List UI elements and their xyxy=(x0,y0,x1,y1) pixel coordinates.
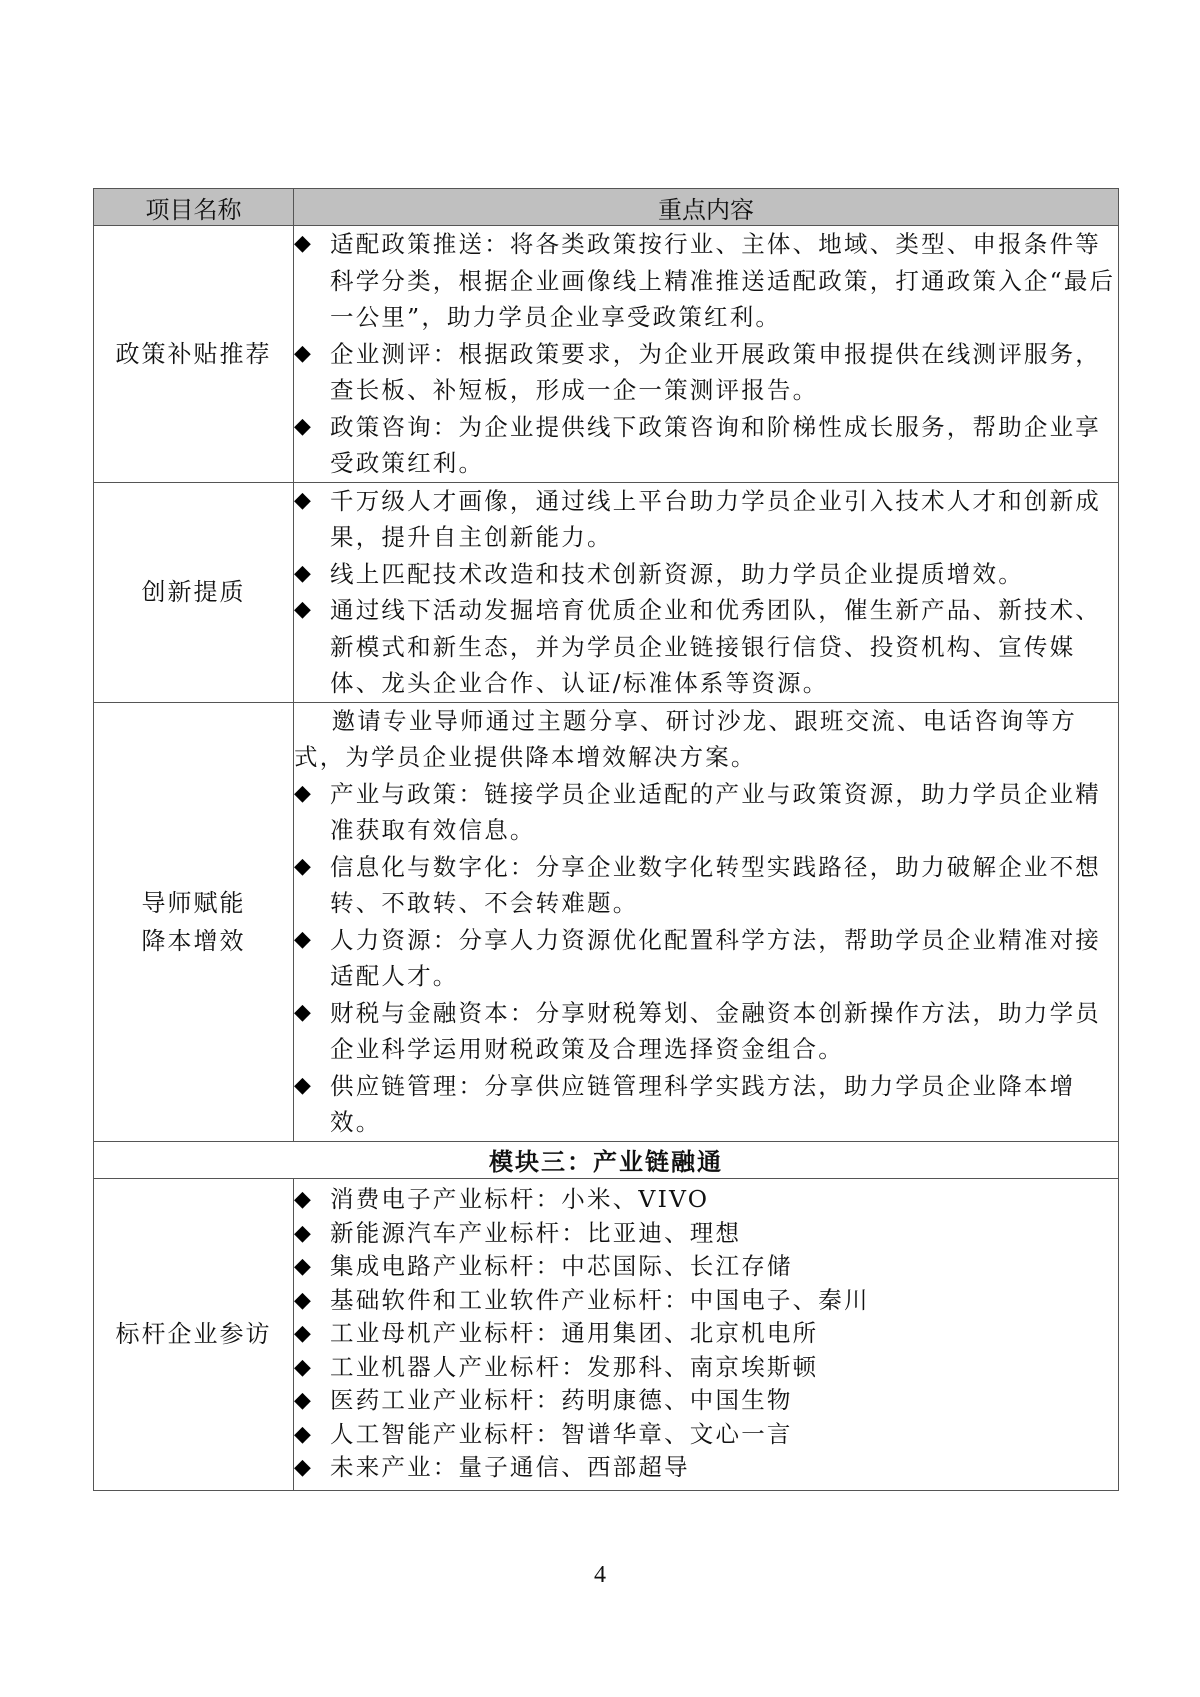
content-cell: ◆ 千万级人才画像，通过线上平台助力学员企业引入技术人才和创新成果，提升自主创新… xyxy=(294,482,1119,702)
diamond-bullet-icon: ◆ xyxy=(294,1317,330,1351)
list-item: ◆ 通过线下活动发掘培育优质企业和优秀团队，催生新产品、新技术、新模式和新生态，… xyxy=(294,592,1118,702)
list-item: ◆医药工业产业标杆：药明康德、中国生物 xyxy=(294,1384,1118,1418)
diamond-bullet-icon: ◆ xyxy=(294,226,330,263)
diamond-bullet-icon: ◆ xyxy=(294,556,330,593)
list-item: ◆ 适配政策推送：将各类政策按行业、主体、地域、类型、申报条件等科学分类，根据企… xyxy=(294,226,1118,336)
list-item: ◆集成电路产业标杆：中芯国际、长江存储 xyxy=(294,1250,1118,1284)
list-item: ◆ 人力资源：分享人力资源优化配置科学方法，帮助学员企业精准对接适配人才。 xyxy=(294,922,1118,995)
diamond-bullet-icon: ◆ xyxy=(294,1284,330,1318)
table-header-row: 项目名称 重点内容 xyxy=(94,189,1119,226)
diamond-bullet-icon: ◆ xyxy=(294,1217,330,1251)
content-cell: 邀请专业导师通过主题分享、研讨沙龙、跟班交流、电话咨询等方式，为学员企业提供降本… xyxy=(294,702,1119,1141)
project-name-cell: 政策补贴推荐 xyxy=(94,226,294,483)
list-item: ◆ 线上匹配技术改造和技术创新资源，助力学员企业提质增效。 xyxy=(294,556,1118,593)
table-row: 创新提质 ◆ 千万级人才画像，通过线上平台助力学员企业引入技术人才和创新成果，提… xyxy=(94,482,1119,702)
project-name-cell: 导师赋能 降本增效 xyxy=(94,702,294,1141)
list-item: ◆ 信息化与数字化：分享企业数字化转型实践路径，助力破解企业不想转、不敢转、不会… xyxy=(294,849,1118,922)
intro-paragraph: 邀请专业导师通过主题分享、研讨沙龙、跟班交流、电话咨询等方式，为学员企业提供降本… xyxy=(294,703,1118,776)
diamond-bullet-icon: ◆ xyxy=(294,409,330,446)
diamond-bullet-icon: ◆ xyxy=(294,1250,330,1284)
diamond-bullet-icon: ◆ xyxy=(294,1384,330,1418)
table-row: 导师赋能 降本增效 邀请专业导师通过主题分享、研讨沙龙、跟班交流、电话咨询等方式… xyxy=(94,702,1119,1141)
diamond-bullet-icon: ◆ xyxy=(294,1351,330,1385)
list-item: ◆ 千万级人才画像，通过线上平台助力学员企业引入技术人才和创新成果，提升自主创新… xyxy=(294,483,1118,556)
list-item: ◆新能源汽车产业标杆：比亚迪、理想 xyxy=(294,1217,1118,1251)
list-item: ◆工业机器人产业标杆：发那科、南京埃斯顿 xyxy=(294,1351,1118,1385)
project-name-cell: 标杆企业参访 xyxy=(94,1178,294,1490)
diamond-bullet-icon: ◆ xyxy=(294,1451,330,1485)
content-cell: ◆消费电子产业标杆：小米、VIVO ◆新能源汽车产业标杆：比亚迪、理想 ◆集成电… xyxy=(294,1178,1119,1490)
module-title: 模块三：产业链融通 xyxy=(94,1141,1119,1178)
table-row: 政策补贴推荐 ◆ 适配政策推送：将各类政策按行业、主体、地域、类型、申报条件等科… xyxy=(94,226,1119,483)
list-item: ◆工业母机产业标杆：通用集团、北京机电所 xyxy=(294,1317,1118,1351)
diamond-bullet-icon: ◆ xyxy=(294,592,330,629)
diamond-bullet-icon: ◆ xyxy=(294,1183,330,1217)
diamond-bullet-icon: ◆ xyxy=(294,483,330,520)
diamond-bullet-icon: ◆ xyxy=(294,1068,330,1105)
list-item: ◆人工智能产业标杆：智谱华章、文心一言 xyxy=(294,1418,1118,1452)
diamond-bullet-icon: ◆ xyxy=(294,776,330,813)
diamond-bullet-icon: ◆ xyxy=(294,995,330,1032)
list-item: ◆未来产业：量子通信、西部超导 xyxy=(294,1451,1118,1485)
project-table: 项目名称 重点内容 政策补贴推荐 ◆ 适配政策推送：将各类政策按行业、主体、地域… xyxy=(93,188,1119,1491)
diamond-bullet-icon: ◆ xyxy=(294,1418,330,1452)
diamond-bullet-icon: ◆ xyxy=(294,849,330,886)
module-row: 模块三：产业链融通 xyxy=(94,1141,1119,1178)
diamond-bullet-icon: ◆ xyxy=(294,922,330,959)
column-header-project-name: 项目名称 xyxy=(94,189,294,226)
list-item: ◆消费电子产业标杆：小米、VIVO xyxy=(294,1183,1118,1217)
project-name-cell: 创新提质 xyxy=(94,482,294,702)
list-item: ◆ 财税与金融资本：分享财税筹划、金融资本创新操作方法，助力学员企业科学运用财税… xyxy=(294,995,1118,1068)
content-cell: ◆ 适配政策推送：将各类政策按行业、主体、地域、类型、申报条件等科学分类，根据企… xyxy=(294,226,1119,483)
list-item: ◆ 政策咨询：为企业提供线下政策咨询和阶梯性成长服务，帮助企业享受政策红利。 xyxy=(294,409,1118,482)
document-page: 项目名称 重点内容 政策补贴推荐 ◆ 适配政策推送：将各类政策按行业、主体、地域… xyxy=(0,0,1200,1697)
list-item: ◆ 供应链管理：分享供应链管理科学实践方法，助力学员企业降本增效。 xyxy=(294,1068,1118,1141)
page-number: 4 xyxy=(0,1562,1200,1589)
column-header-key-content: 重点内容 xyxy=(294,189,1119,226)
diamond-bullet-icon: ◆ xyxy=(294,336,330,373)
table-row: 标杆企业参访 ◆消费电子产业标杆：小米、VIVO ◆新能源汽车产业标杆：比亚迪、… xyxy=(94,1178,1119,1490)
list-item: ◆基础软件和工业软件产业标杆：中国电子、秦川 xyxy=(294,1284,1118,1318)
list-item: ◆ 企业测评：根据政策要求，为企业开展政策申报提供在线测评服务，查长板、补短板，… xyxy=(294,336,1118,409)
list-item: ◆ 产业与政策：链接学员企业适配的产业与政策资源，助力学员企业精准获取有效信息。 xyxy=(294,776,1118,849)
